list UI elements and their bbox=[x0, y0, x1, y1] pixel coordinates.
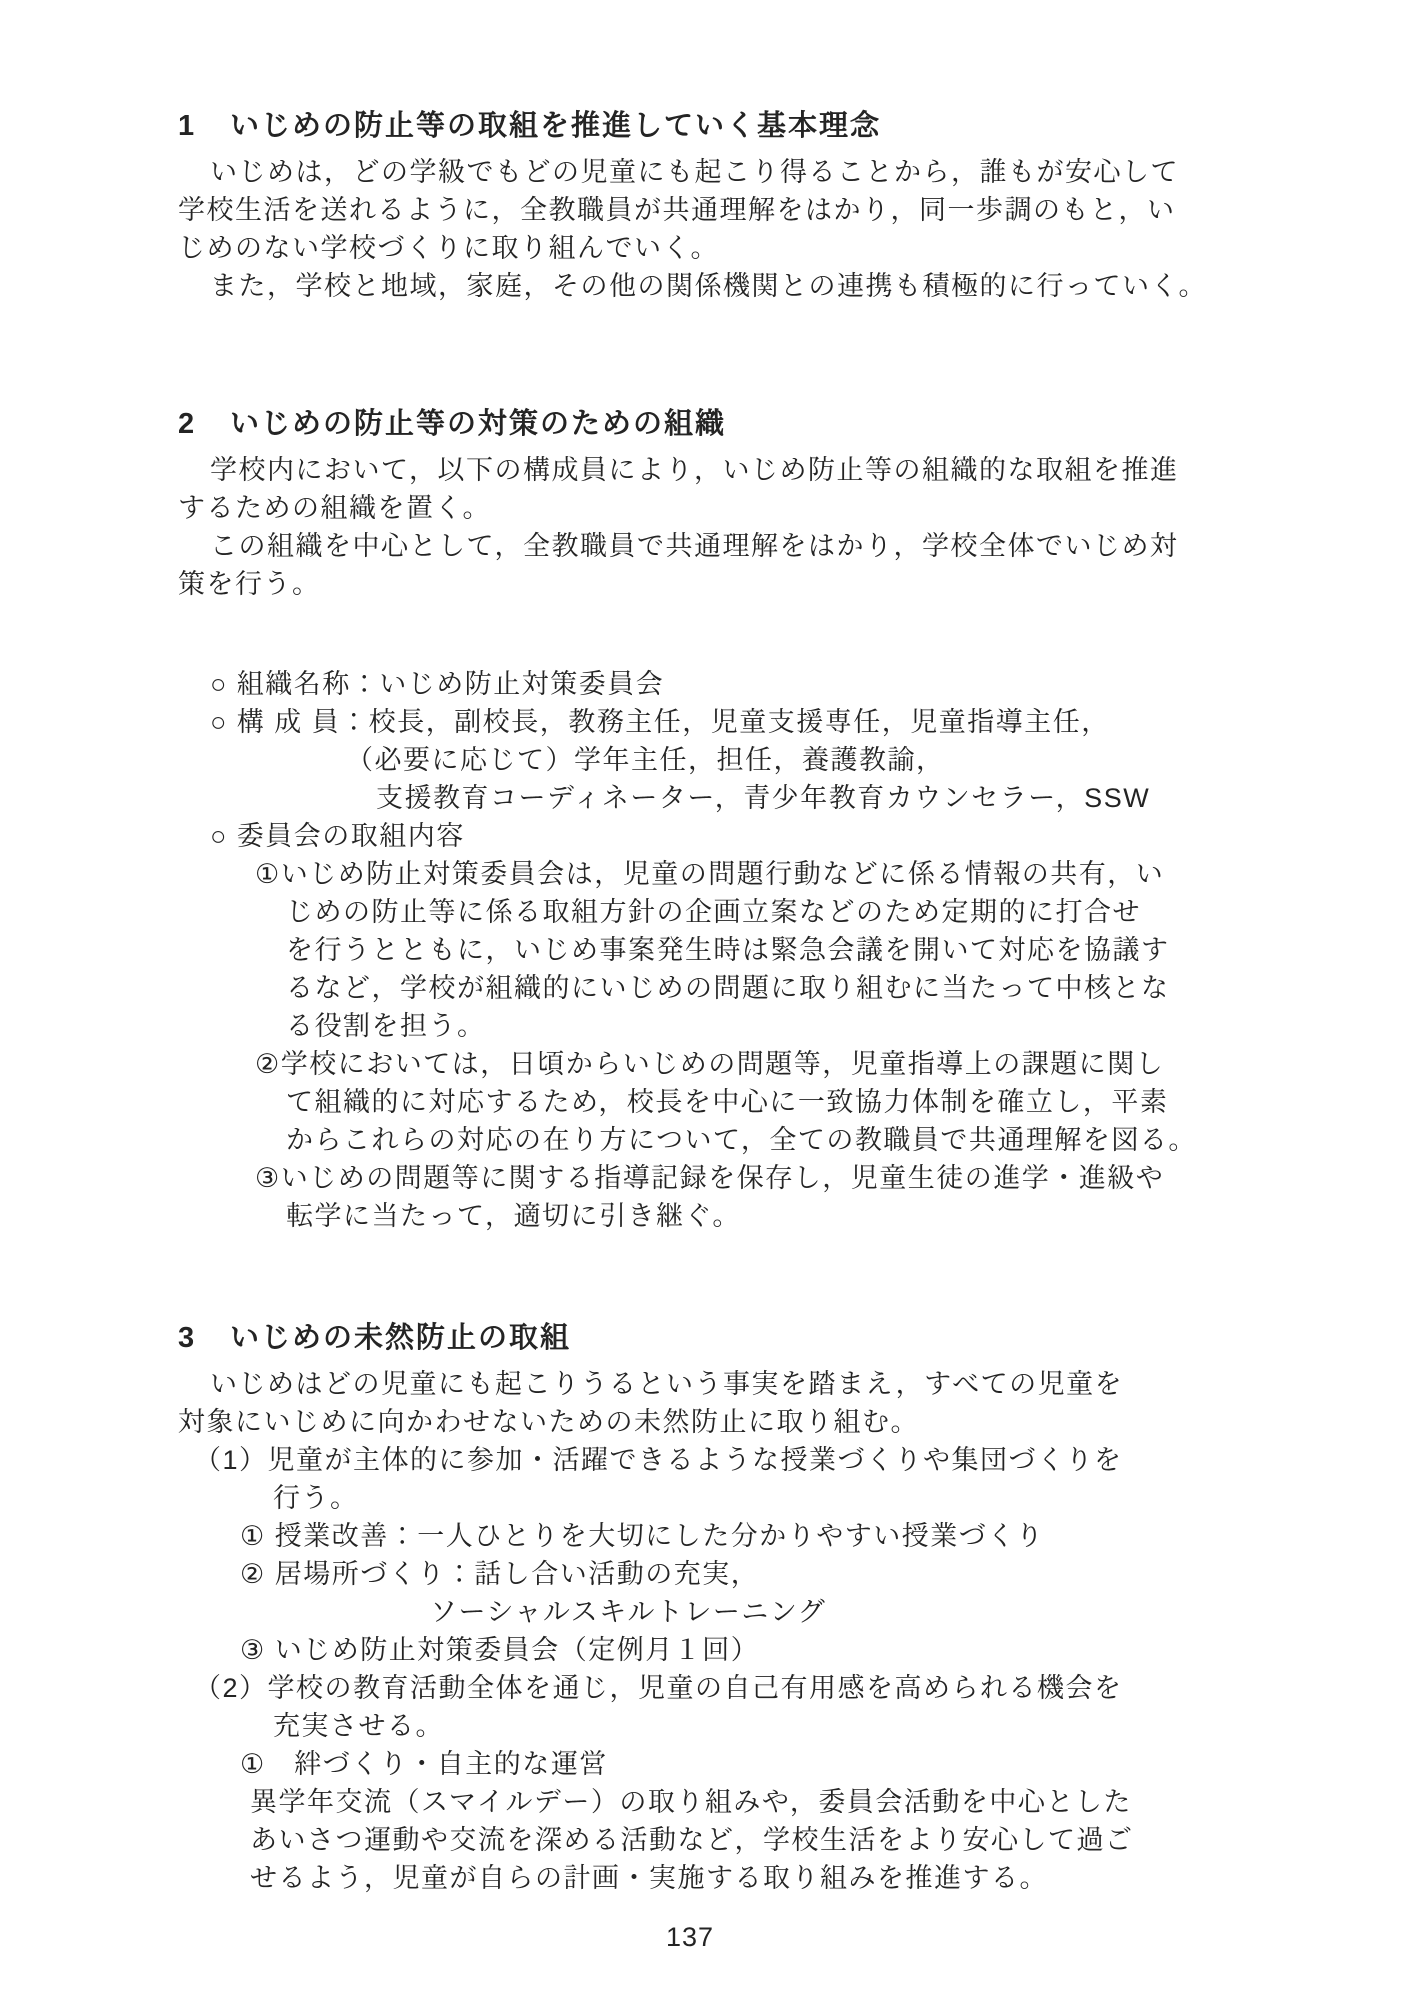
text-line: 行う。 bbox=[273, 1479, 1254, 1517]
text-line: ① 絆づくり・自主的な運営 bbox=[240, 1745, 1254, 1783]
section-heading: 2いじめの防止等の対策のための組織 bbox=[178, 401, 1254, 442]
text-line: るなど，学校が組織的にいじめの問題に取り組むに当たって中核とな bbox=[286, 969, 1254, 1007]
text-line: ○ 組織名称：いじめ防止対策委員会 bbox=[210, 665, 1254, 703]
text-line: 学校生活を送れるように，全教職員が共通理解をはかり，同一歩調のもと，い bbox=[178, 191, 1254, 229]
text-line: 充実させる。 bbox=[273, 1707, 1254, 1745]
text-line: するための組織を置く。 bbox=[178, 489, 1254, 527]
section-heading: 1いじめの防止等の取組を推進していく基本理念 bbox=[178, 103, 1254, 144]
text-line: 支援教育コーディネーター，青少年教育カウンセラー，SSW bbox=[376, 779, 1254, 817]
section-number: 1 bbox=[178, 110, 230, 143]
text-line: じめのない学校づくりに取り組んでいく。 bbox=[178, 229, 1254, 267]
text-line: せるよう，児童が自らの計画・実施する取り組みを推進する。 bbox=[250, 1859, 1254, 1897]
text-line: ③いじめの問題等に関する指導記録を保存し，児童生徒の進学・進級や bbox=[255, 1159, 1254, 1197]
text-line: からこれらの対応の在り方について，全ての教職員で共通理解を図る。 bbox=[286, 1121, 1254, 1159]
text-line: を行うとともに，いじめ事案発生時は緊急会議を開いて対応を協議す bbox=[286, 931, 1254, 969]
text-line: この組織を中心として，全教職員で共通理解をはかり，学校全体でいじめ対 bbox=[210, 527, 1254, 565]
section-title: いじめの未然防止の取組 bbox=[230, 1315, 571, 1356]
text-line: （必要に応じて）学年主任，担任，養護教諭， bbox=[346, 741, 1254, 779]
text-line: 学校内において，以下の構成員により，いじめ防止等の組織的な取組を推進 bbox=[210, 451, 1254, 489]
text-block: ○ 組織名称：いじめ防止対策委員会○ 構 成 員：校長，副校長，教務主任，児童支… bbox=[178, 665, 1254, 1235]
text-line: ③ いじめ防止対策委員会（定例月１回） bbox=[240, 1631, 1254, 1669]
text-line: あいさつ運動や交流を深める活動など，学校生活をより安心して過ご bbox=[250, 1821, 1254, 1859]
text-block: いじめはどの児童にも起こりうるという事実を踏まえ，すべての児童を対象にいじめに向… bbox=[178, 1365, 1254, 1897]
text-line: ソーシャルスキルトレーニング bbox=[430, 1593, 1254, 1631]
section-title: いじめの防止等の対策のための組織 bbox=[230, 401, 726, 442]
document-body: 1いじめの防止等の取組を推進していく基本理念いじめは，どの学級でもどの児童にも起… bbox=[178, 103, 1254, 1897]
text-line: 異学年交流（スマイルデー）の取り組みや，委員会活動を中心とした bbox=[250, 1783, 1254, 1821]
text-line: 対象にいじめに向かわせないための未然防止に取り組む。 bbox=[178, 1403, 1254, 1441]
section-3: 3いじめの未然防止の取組いじめはどの児童にも起こりうるという事実を踏まえ，すべて… bbox=[178, 1315, 1254, 1897]
text-line: る役割を担う。 bbox=[286, 1007, 1254, 1045]
text-block: 学校内において，以下の構成員により，いじめ防止等の組織的な取組を推進するための組… bbox=[178, 451, 1254, 603]
document-page: 1いじめの防止等の取組を推進していく基本理念いじめは，どの学級でもどの児童にも起… bbox=[0, 0, 1414, 2000]
section-1: 1いじめの防止等の取組を推進していく基本理念いじめは，どの学級でもどの児童にも起… bbox=[178, 103, 1254, 305]
text-line: また，学校と地域，家庭，その他の関係機関との連携も積極的に行っていく。 bbox=[210, 267, 1254, 305]
section-heading: 3いじめの未然防止の取組 bbox=[178, 1315, 1254, 1356]
section-2: 2いじめの防止等の対策のための組織学校内において，以下の構成員により，いじめ防止… bbox=[178, 401, 1254, 1235]
text-line: いじめはどの児童にも起こりうるという事実を踏まえ，すべての児童を bbox=[210, 1365, 1254, 1403]
text-block: いじめは，どの学級でもどの児童にも起こり得ることから，誰もが安心して学校生活を送… bbox=[178, 153, 1254, 305]
text-line: 転学に当たって，適切に引き継ぐ。 bbox=[286, 1197, 1254, 1235]
text-line: （1）児童が主体的に参加・活躍できるような授業づくりや集団づくりを bbox=[194, 1441, 1254, 1479]
text-line: いじめは，どの学級でもどの児童にも起こり得ることから，誰もが安心して bbox=[210, 153, 1254, 191]
text-line: ②学校においては，日頃からいじめの問題等，児童指導上の課題に関し bbox=[255, 1045, 1254, 1083]
page-number: 137 bbox=[0, 1922, 1380, 1953]
text-line: （2）学校の教育活動全体を通じ，児童の自己有用感を高められる機会を bbox=[194, 1669, 1254, 1707]
text-line: て組織的に対応するため，校長を中心に一致協力体制を確立し，平素 bbox=[286, 1083, 1254, 1121]
text-line: ○ 構 成 員：校長，副校長，教務主任，児童支援専任，児童指導主任， bbox=[210, 703, 1254, 741]
text-line: ② 居場所づくり：話し合い活動の充実， bbox=[240, 1555, 1254, 1593]
text-line: ○ 委員会の取組内容 bbox=[210, 817, 1254, 855]
section-number: 2 bbox=[178, 408, 230, 441]
section-title: いじめの防止等の取組を推進していく基本理念 bbox=[230, 103, 881, 144]
text-line: ① 授業改善：一人ひとりを大切にした分かりやすい授業づくり bbox=[240, 1517, 1254, 1555]
section-number: 3 bbox=[178, 1322, 230, 1355]
text-line: ①いじめ防止対策委員会は，児童の問題行動などに係る情報の共有，い bbox=[255, 855, 1254, 893]
text-line: じめの防止等に係る取組方針の企画立案などのため定期的に打合せ bbox=[286, 893, 1254, 931]
text-line: 策を行う。 bbox=[178, 565, 1254, 603]
